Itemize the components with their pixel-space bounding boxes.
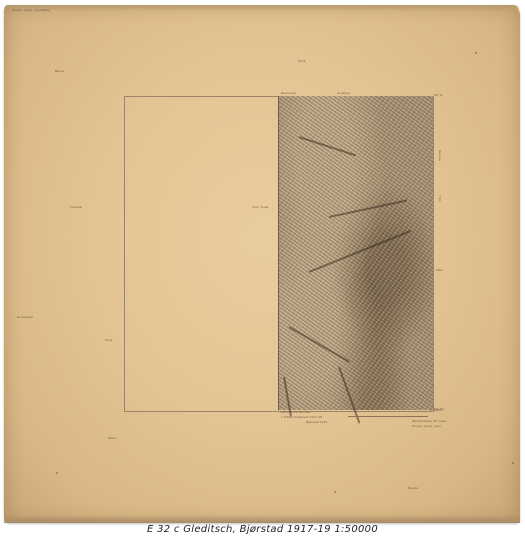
place-label-left-3: Vinje bbox=[105, 338, 113, 342]
place-label-top-center: Ulvik bbox=[298, 59, 306, 63]
right-edge-note-1: Gausta bbox=[438, 150, 442, 161]
ridge-line bbox=[309, 230, 412, 273]
paper-speck bbox=[512, 462, 514, 464]
paper-speck bbox=[334, 491, 336, 493]
paper-speck bbox=[475, 52, 477, 54]
place-label-top-left: Bøvra bbox=[55, 69, 64, 73]
place-label-bottom-right: Rjukan bbox=[408, 486, 419, 490]
sheet-bottom-edge bbox=[4, 515, 520, 523]
hachured-terrain-area bbox=[278, 96, 433, 410]
sheet-top-edge bbox=[4, 5, 520, 11]
ridge-line bbox=[299, 136, 357, 156]
right-edge-note-2: Tinn bbox=[438, 195, 442, 202]
catalog-caption: E 32 c Gleditsch, Bjørstad 1917-19 1:500… bbox=[0, 524, 525, 535]
legend-left-line-2: 1:50000 Gleditsch 1917-18 bbox=[281, 415, 322, 419]
legend-right-line-2: Norges geogr. opm. bbox=[412, 424, 442, 428]
ridge-line bbox=[289, 326, 351, 363]
corner-coordinate-top-right: 60° N bbox=[434, 93, 443, 97]
legend-left-line-1: Topografisk opmaalt bbox=[280, 410, 311, 414]
scale-marker: 1:50000 bbox=[430, 408, 442, 412]
place-label-left-2: Grungedal bbox=[17, 315, 33, 319]
sheet-title-right: Gradteig bbox=[337, 91, 350, 95]
place-label-bottom-left: Dalen bbox=[108, 436, 117, 440]
sheet-title-left: Rektangel bbox=[281, 91, 296, 95]
ridge-line bbox=[329, 199, 408, 218]
right-edge-note-3: Mæl bbox=[436, 268, 442, 272]
top-left-corner-label: Norges geogr. opmaaling bbox=[12, 8, 50, 12]
place-label-left-1: Fagsdal bbox=[70, 205, 82, 209]
legend-left-line-3: Bjørstad 1919 bbox=[306, 420, 327, 424]
paper-speck bbox=[56, 472, 58, 474]
scale-bar bbox=[348, 416, 428, 417]
frame-inner-note: Over Totak bbox=[252, 205, 268, 209]
legend-right-line-1: Ækvidistance 30 meter bbox=[412, 419, 447, 423]
